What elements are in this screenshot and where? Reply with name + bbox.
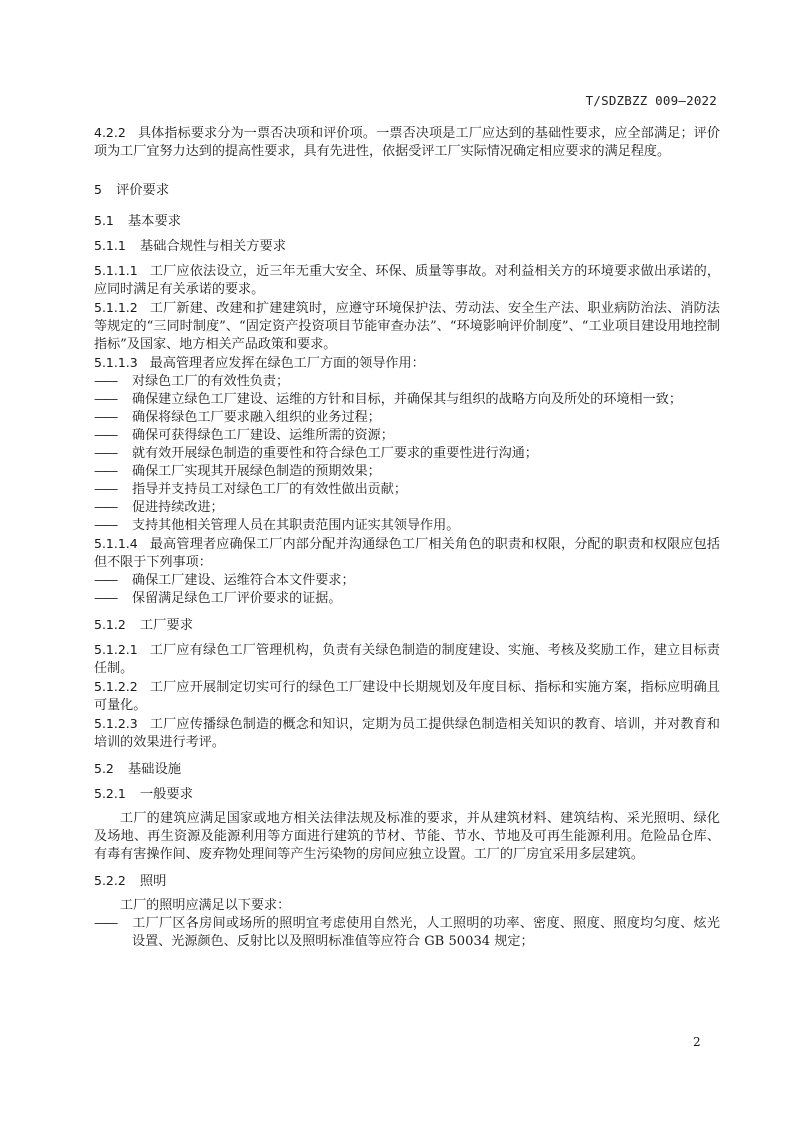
list-item: ——保留满足绿色工厂评价要求的证据。 <box>73 590 720 608</box>
list-item-text: 保留满足绿色工厂评价要求的证据。 <box>132 591 342 606</box>
dash-bullet: —— <box>94 463 132 481</box>
dash-bullet: —— <box>94 572 132 590</box>
clause-number: 5.1.2.1 <box>94 642 138 657</box>
clause-text: 具体指标要求分为一票否决项和评价项。一票否决项是工厂应达到的基础性要求，应全部满… <box>94 126 720 159</box>
clause-5-1-2-1: 5.1.2.1工厂应有绿色工厂管理机构，负责有关绿色制造的制度建设、实施、考核及… <box>94 641 720 678</box>
heading-5: 5评价要求 <box>94 181 720 200</box>
heading-number: 5.1.2 <box>94 617 126 632</box>
dash-bullet: —— <box>94 409 132 427</box>
heading-title: 评价要求 <box>116 183 169 198</box>
heading-5-2: 5.2基础设施 <box>94 760 720 779</box>
list-item: ——对绿色工厂的有效性负责； <box>73 373 720 391</box>
list-item-text: 工厂厂区各房间或场所的照明宜考虑使用自然光，人工照明的功率、密度、照度、照度均匀… <box>132 916 720 949</box>
clause-text: 工厂应依法设立，近三年无重大安全、环保、质量等事故。对利益相关方的环境要求做出承… <box>94 264 720 297</box>
heading-title: 照明 <box>140 874 167 889</box>
list-item: ——就有效开展绿色制造的重要性和符合绿色工厂要求的重要性进行沟通； <box>73 445 720 463</box>
list-item: ——工厂厂区各房间或场所的照明宜考虑使用自然光，人工照明的功率、密度、照度、照度… <box>73 915 720 951</box>
clause-4-2-2: 4.2.2具体指标要求分为一票否决项和评价项。一票否决项是工厂应达到的基础性要求… <box>94 124 720 161</box>
document-code: T/SDZBZZ 009—2022 <box>586 93 717 108</box>
dash-bullet: —— <box>94 517 132 535</box>
heading-number: 5.1.1 <box>94 238 126 253</box>
heading-number: 5.1 <box>94 213 114 228</box>
clause-number: 5.1.2.2 <box>94 679 138 694</box>
dash-bullet: —— <box>94 427 132 445</box>
clause-text: 工厂应开展制定切实可行的绿色工厂建设中长期规划及年度目标、指标和实施方案，指标应… <box>94 680 720 713</box>
clause-text: 最高管理者应确保工厂内部分配并沟通绿色工厂相关角色的职责和权限，分配的职责和权限… <box>94 537 720 570</box>
clause-5-1-2-3: 5.1.2.3工厂应传播绿色制造的概念和知识，定期为员工提供绿色制造相关知识的教… <box>94 715 720 752</box>
clause-number: 5.1.1.3 <box>94 355 138 370</box>
clause-5-1-1-3: 5.1.1.3最高管理者应发挥在绿色工厂方面的领导作用： <box>94 354 720 373</box>
clause-5-1-1-2: 5.1.1.2工厂新建、改建和扩建建筑时，应遵守环境保护法、劳动法、安全生产法、… <box>94 299 720 354</box>
clause-number: 5.1.2.3 <box>94 716 138 731</box>
heading-title: 一般要求 <box>140 787 193 802</box>
paragraph-5-2-2: 工厂的照明应满足以下要求： <box>94 897 720 915</box>
list-item: ——确保工厂实现其开展绿色制造的预期效果； <box>73 463 720 481</box>
heading-5-2-1: 5.2.1一般要求 <box>94 785 720 804</box>
dash-bullet: —— <box>94 373 132 391</box>
clause-text: 工厂应传播绿色制造的概念和知识，定期为员工提供绿色制造相关知识的教育、培训，并对… <box>94 717 720 750</box>
list-item: ——支持其他相关管理人员在其职责范围内证实其领导作用。 <box>73 517 720 535</box>
list-item-text: 支持其他相关管理人员在其职责范围内证实其领导作用。 <box>132 518 459 533</box>
dash-bullet: —— <box>94 915 132 933</box>
dash-bullet: —— <box>94 481 132 499</box>
clause-number: 5.1.1.4 <box>94 536 138 551</box>
list-item-text: 对绿色工厂的有效性负责； <box>132 374 289 389</box>
clause-text: 工厂应有绿色工厂管理机构，负责有关绿色制造的制度建设、实施、考核及奖励工作，建立… <box>94 643 720 676</box>
list-item: ——确保建立绿色工厂建设、运维的方针和目标，并确保其与组织的战略方向及所处的环境… <box>73 391 720 409</box>
clause-text: 最高管理者应发挥在绿色工厂方面的领导作用： <box>150 356 425 371</box>
clause-number: 5.1.1.2 <box>94 300 138 315</box>
heading-title: 基础设施 <box>128 762 181 777</box>
list-item-text: 确保建立绿色工厂建设、运维的方针和目标，并确保其与组织的战略方向及所处的环境相一… <box>132 392 682 407</box>
clause-text: 工厂新建、改建和扩建建筑时，应遵守环境保护法、劳动法、安全生产法、职业病防治法、… <box>94 301 720 352</box>
document-body: 4.2.2具体指标要求分为一票否决项和评价项。一票否决项是工厂应达到的基础性要求… <box>94 124 720 951</box>
list-item: ——确保可获得绿色工厂建设、运维所需的资源； <box>73 427 720 445</box>
list-item-text: 指导并支持员工对绿色工厂的有效性做出贡献； <box>132 482 407 497</box>
list-item-text: 确保将绿色工厂要求融入组织的业务过程； <box>132 410 381 425</box>
dash-bullet: —— <box>94 499 132 517</box>
list-item: ——确保将绿色工厂要求融入组织的业务过程； <box>73 409 720 427</box>
heading-number: 5.2.2 <box>94 873 126 888</box>
heading-title: 工厂要求 <box>140 618 193 633</box>
heading-number: 5 <box>94 182 102 197</box>
clause-5-1-2-2: 5.1.2.2工厂应开展制定切实可行的绿色工厂建设中长期规划及年度目标、指标和实… <box>94 678 720 715</box>
list-item: ——促进持续改进； <box>73 499 720 517</box>
heading-number: 5.2 <box>94 761 114 776</box>
heading-title: 基本要求 <box>128 214 181 229</box>
paragraph-5-2-1: 工厂的建筑应满足国家或地方相关法律法规及标准的要求，并从建筑材料、建筑结构、采光… <box>94 810 720 864</box>
list-item: ——指导并支持员工对绿色工厂的有效性做出贡献； <box>73 481 720 499</box>
list-item-text: 促进持续改进； <box>132 500 224 515</box>
list-item-text: 确保工厂实现其开展绿色制造的预期效果； <box>132 464 381 479</box>
dash-bullet: —— <box>94 590 132 608</box>
page-number: 2 <box>693 1035 701 1049</box>
clause-number: 4.2.2 <box>94 125 126 140</box>
clause-number: 5.1.1.1 <box>94 263 138 278</box>
list-item: ——确保工厂建设、运维符合本文件要求； <box>73 572 720 590</box>
heading-5-1-2: 5.1.2工厂要求 <box>94 616 720 635</box>
list-item-text: 确保可获得绿色工厂建设、运维所需的资源； <box>132 428 394 443</box>
dash-bullet: —— <box>94 445 132 463</box>
dash-bullet: —— <box>94 391 132 409</box>
heading-number: 5.2.1 <box>94 786 126 801</box>
heading-5-1-1: 5.1.1基础合规性与相关方要求 <box>94 237 720 256</box>
heading-title: 基础合规性与相关方要求 <box>140 239 286 254</box>
clause-5-1-1-4: 5.1.1.4最高管理者应确保工厂内部分配并沟通绿色工厂相关角色的职责和权限，分… <box>94 535 720 572</box>
list-item-text: 就有效开展绿色制造的重要性和符合绿色工厂要求的重要性进行沟通； <box>132 446 538 461</box>
clause-5-1-1-1: 5.1.1.1工厂应依法设立，近三年无重大安全、环保、质量等事故。对利益相关方的… <box>94 262 720 299</box>
list-item-text: 确保工厂建设、运维符合本文件要求； <box>132 573 355 588</box>
document-page: T/SDZBZZ 009—2022 4.2.2具体指标要求分为一票否决项和评价项… <box>0 0 793 1122</box>
heading-5-2-2: 5.2.2照明 <box>94 872 720 891</box>
heading-5-1: 5.1基本要求 <box>94 212 720 231</box>
